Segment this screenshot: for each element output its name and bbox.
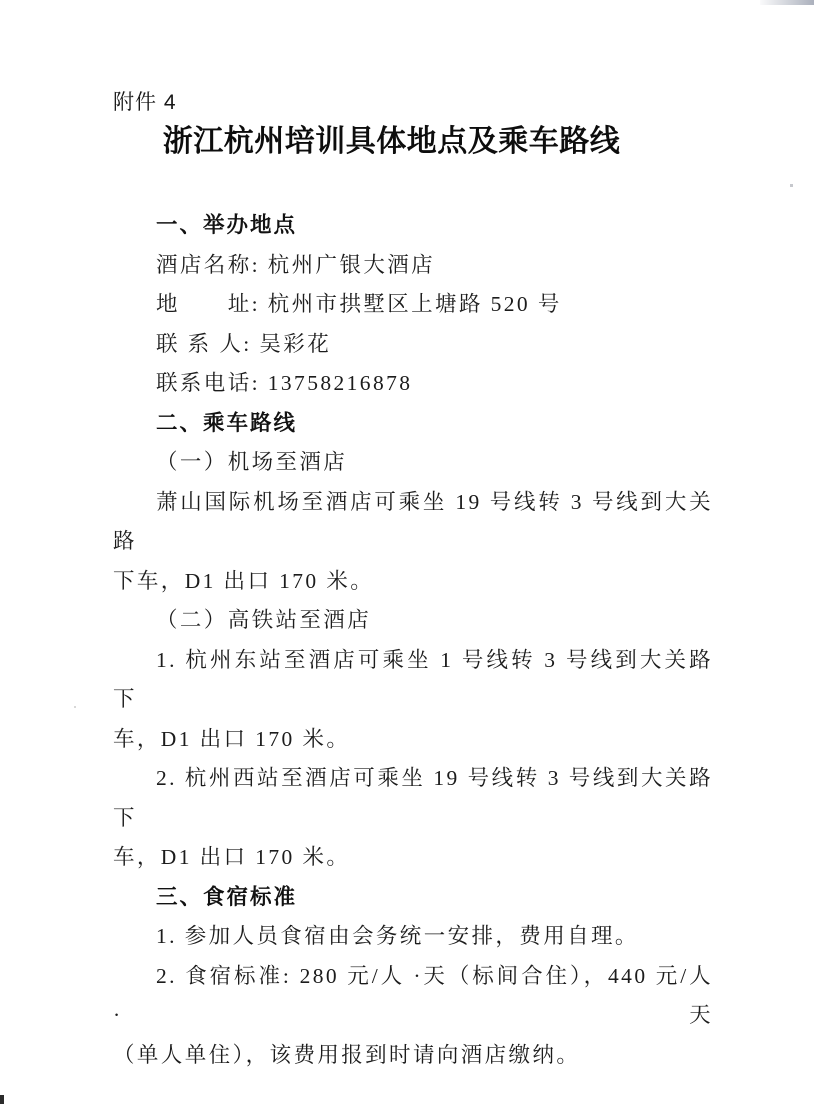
hotel-name-line: 酒店名称: 杭州广银大酒店 bbox=[113, 246, 713, 286]
airport-route-subheading: （一）机场至酒店 bbox=[113, 443, 713, 483]
scan-speck-artifact bbox=[74, 706, 76, 708]
address-line: 地 址: 杭州市拱墅区上塘路 520 号 bbox=[113, 285, 713, 325]
document-body: 一、举办地点 酒店名称: 杭州广银大酒店 地 址: 杭州市拱墅区上塘路 520 … bbox=[113, 206, 713, 1075]
scan-edge-artifact-top-right bbox=[760, 0, 814, 5]
scan-speck-artifact bbox=[790, 184, 793, 187]
airport-route-line2: 下车，D1 出口 170 米。 bbox=[113, 562, 713, 602]
rail-route-subheading: （二）高铁站至酒店 bbox=[113, 601, 713, 641]
section3-heading: 三、食宿标准 bbox=[113, 878, 713, 918]
scanned-document-page: 附件 4 浙江杭州培训具体地点及乘车路线 一、举办地点 酒店名称: 杭州广银大酒… bbox=[0, 0, 814, 1106]
contact-phone-line: 联系电话: 13758216878 bbox=[113, 364, 713, 404]
document-title: 浙江杭州培训具体地点及乘车路线 bbox=[93, 124, 690, 160]
west-station-route-line1: 2. 杭州西站至酒店可乘坐 19 号线转 3 号线到大关路下 bbox=[113, 759, 713, 838]
contact-person-line: 联 系 人: 吴彩花 bbox=[113, 325, 713, 365]
lodging-item1: 1. 参加人员食宿由会务统一安排，费用自理。 bbox=[113, 917, 713, 957]
airport-route-line1: 萧山国际机场至酒店可乘坐 19 号线转 3 号线到大关路 bbox=[113, 483, 713, 562]
section1-heading: 一、举办地点 bbox=[113, 206, 713, 246]
attachment-label: 附件 4 bbox=[113, 0, 814, 118]
section2-heading: 二、乘车路线 bbox=[113, 404, 713, 444]
east-station-route-line1: 1. 杭州东站至酒店可乘坐 1 号线转 3 号线到大关路下 bbox=[113, 641, 713, 720]
lodging-item2-line2: （单人单住），该费用报到时请向酒店缴纳。 bbox=[113, 1036, 713, 1076]
west-station-route-line2: 车，D1 出口 170 米。 bbox=[113, 838, 713, 878]
east-station-route-line2: 车，D1 出口 170 米。 bbox=[113, 720, 713, 760]
lodging-item2-line1: 2. 食宿标准: 280 元/人 ·天（标间合住），440 元/人 ·天 bbox=[113, 957, 713, 1036]
scan-edge-artifact-bottom-left bbox=[0, 1095, 4, 1104]
